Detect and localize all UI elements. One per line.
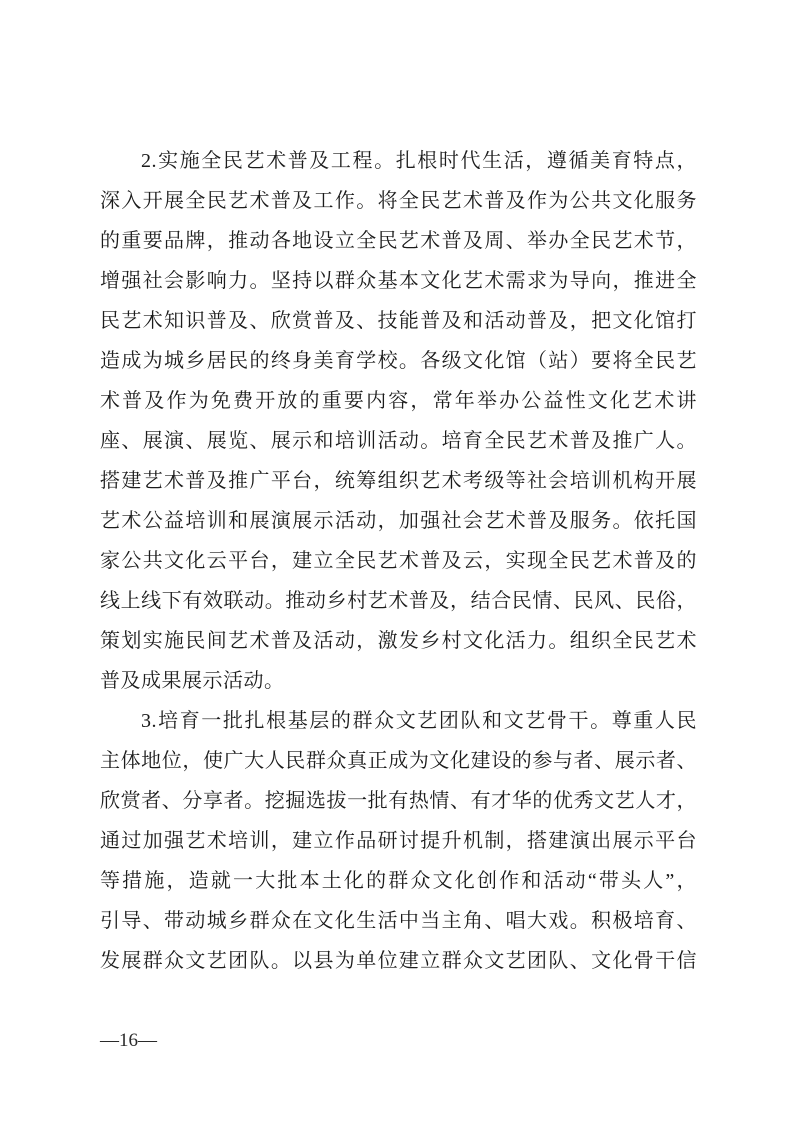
text-line: 深入开展全民艺术普及工作。将全民艺术普及作为公共文化服务 [100,181,697,221]
text-line: 主体地位，使广大人民群众真正成为文化建设的参与者、展示者、 [100,741,697,781]
text-line: 引导、带动城乡群众在文化生活中当主角、唱大戏。积极培育、 [100,901,697,941]
text-line: 座、展演、展览、展示和培训活动。培育全民艺术普及推广人。 [100,421,697,461]
body-text-block: 2.实施全民艺术普及工程。扎根时代生活，遵循美育特点， 深入开展全民艺术普及工作… [100,141,697,981]
text-line: 等措施，造就一大批本土化的群众文化创作和活动“带头人”， [100,861,697,901]
text-line: 策划实施民间艺术普及活动，激发乡村文化活力。组织全民艺术 [100,621,697,661]
page-number: —16— [100,1029,157,1053]
text-line: 术普及作为免费开放的重要内容，常年举办公益性文化艺术讲 [100,381,697,421]
text-line: 造成为城乡居民的终身美育学校。各级文化馆（站）要将全民艺 [100,341,697,381]
text-line: 2.实施全民艺术普及工程。扎根时代生活，遵循美育特点， [100,141,697,181]
text-line: 艺术公益培训和展演展示活动，加强社会艺术普及服务。依托国 [100,501,697,541]
text-line: 通过加强艺术培训，建立作品研讨提升机制，搭建演出展示平台 [100,821,697,861]
text-line: 搭建艺术普及推广平台，统筹组织艺术考级等社会培训机构开展 [100,461,697,501]
text-line: 的重要品牌，推动各地设立全民艺术普及周、举办全民艺术节， [100,221,697,261]
text-line: 普及成果展示活动。 [100,661,697,701]
document-page: 2.实施全民艺术普及工程。扎根时代生活，遵循美育特点， 深入开展全民艺术普及工作… [0,0,793,1122]
text-line: 民艺术知识普及、欣赏普及、技能普及和活动普及，把文化馆打 [100,301,697,341]
text-line: 增强社会影响力。坚持以群众基本文化艺术需求为导向，推进全 [100,261,697,301]
text-line: 家公共文化云平台，建立全民艺术普及云，实现全民艺术普及的 [100,541,697,581]
text-line: 欣赏者、分享者。挖掘选拔一批有热情、有才华的优秀文艺人才， [100,781,697,821]
text-line: 线上线下有效联动。推动乡村艺术普及，结合民情、民风、民俗， [100,581,697,621]
text-line: 发展群众文艺团队。以县为单位建立群众文艺团队、文化骨干信 [100,941,697,981]
text-line: 3.培育一批扎根基层的群众文艺团队和文艺骨干。尊重人民 [100,701,697,741]
